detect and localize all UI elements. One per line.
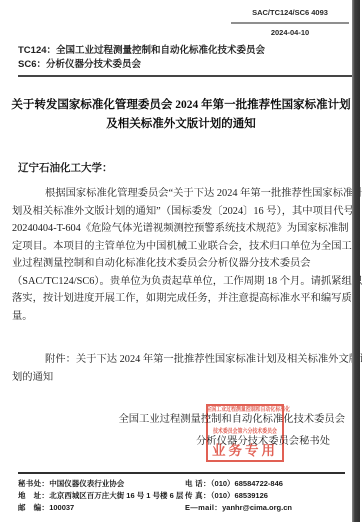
footer-secretariat-row: 秘书处：中国仪器仪表行业协会	[18, 478, 185, 490]
letterhead-rule	[18, 75, 352, 77]
reference-divider	[231, 22, 349, 24]
footer-fax-value: （010）68539126	[211, 491, 268, 500]
reference-block: SAC/TC124/SC6 4093 2024-04-10	[231, 6, 349, 38]
seal-text-line-2: 技术委员会第六分技术委员会	[206, 429, 283, 436]
footer-postcode-row: 邮 编：100037	[18, 502, 185, 514]
footer-fax-row: 传 真：（010）68539126	[185, 490, 345, 502]
footer-email-row: E—mail：yanhr@cima.org.cn	[185, 502, 345, 514]
doc-title-line-1: 关于转发国家标准化管理委员会 2024 年第一批推荐性国家标准计划	[0, 96, 362, 115]
footer: 秘书处：中国仪器仪表行业协会 地 址：北京西城区百万庄大街 16 号 1 号楼 …	[18, 472, 345, 514]
footer-left-column: 秘书处：中国仪器仪表行业协会 地 址：北京西城区百万庄大街 16 号 1 号楼 …	[18, 478, 185, 514]
footer-phone-value: （010）68584722-846	[211, 479, 283, 488]
footer-postcode-label: 邮 编：	[18, 503, 49, 512]
body-line: 划及相关标准外文版计划的通知”（国标委发〔2024〕16 号），其中项目代号	[12, 203, 352, 221]
signature-org-line: 全国工业过程测量控制和自动化标准化技术委员会	[0, 412, 345, 427]
footer-divider	[18, 472, 345, 474]
body-paragraph: 根据国家标准化管理委员会“关于下达 2024 年第一批推荐性国家标准计 划及相关…	[12, 185, 352, 325]
signature-block: 全国工业过程测量控制和自动化标准化技术委员会 分析仪器分技术委员会秘书处	[0, 412, 345, 449]
footer-columns: 秘书处：中国仪器仪表行业协会 地 址：北京西城区百万庄大街 16 号 1 号楼 …	[18, 478, 345, 514]
footer-email-label: E—mail：	[185, 503, 222, 512]
doc-date: 2024-04-10	[231, 27, 349, 38]
doc-title-line-2: 及相关标准外文版计划的通知	[0, 115, 362, 134]
official-seal: 全国工业过程测量控制和自动化标准化 技术委员会第六分技术委员会 业务专用	[206, 404, 284, 462]
footer-postcode-value: 100037	[49, 503, 74, 512]
footer-address-value: 北京西城区百万庄大街 16 号 1 号楼 6 层	[49, 491, 183, 500]
salutation: 辽宁石油化工大学：	[18, 161, 362, 177]
footer-secretariat-label: 秘书处：	[18, 479, 49, 488]
attachment-line: 附件：关于下达 2024 年第一批推荐性国家标准计划及相关标准外文版计	[12, 351, 352, 369]
seal-main-text: 业务专用	[208, 439, 282, 459]
committee-line-sc6: SC6：分析仪器分技术委员会	[18, 58, 352, 72]
body-line: 落实，按计划进度开展工作，如期完成任务，并注意提高标准水平和编写质	[12, 290, 352, 308]
body-line: （SAC/TC124/SC6）。贵单位为负责起草单位，工作周期 18 个月。请抓…	[12, 273, 352, 291]
seal-text-line-1: 全国工业过程测量控制和自动化标准化	[206, 407, 283, 414]
footer-phone-row: 电 话：（010）68584722-846	[185, 478, 345, 490]
document-page: SAC/TC124/SC6 4093 2024-04-10 TC124：全国工业…	[0, 0, 362, 522]
body-line: 业过程测量控制和自动化标准化技术委员会分析仪器分技术委员会	[12, 255, 352, 273]
attachment-note: 附件：关于下达 2024 年第一批推荐性国家标准计划及相关标准外文版计 划的通知	[12, 351, 352, 386]
footer-address-label: 地 址：	[18, 491, 49, 500]
footer-fax-label: 传 真：	[185, 491, 211, 500]
body-line: 量。	[12, 308, 352, 326]
attachment-line: 划的通知	[12, 369, 352, 387]
footer-secretariat-value: 中国仪器仪表行业协会	[49, 479, 124, 488]
committee-line-tc124: TC124：全国工业过程测量控制和自动化标准化技术委员会	[18, 44, 352, 58]
doc-title: 关于转发国家标准化管理委员会 2024 年第一批推荐性国家标准计划 及相关标准外…	[0, 96, 362, 134]
scan-edge-shadow	[352, 0, 360, 522]
footer-phone-label: 电 话：	[185, 479, 211, 488]
footer-email-value: yanhr@cima.org.cn	[222, 503, 292, 512]
body-line: 定项目。本项目的主管单位为中国机械工业联合会，技术归口单位为全国工	[12, 238, 352, 256]
body-line: 根据国家标准化管理委员会“关于下达 2024 年第一批推荐性国家标准计	[12, 185, 352, 203]
body-line: 20240404-T-604《危险气体光谱视频测控预警系统技术规范》为国家标准制	[12, 220, 352, 238]
doc-reference-number: SAC/TC124/SC6 4093	[231, 6, 349, 20]
footer-right-column: 电 话：（010）68584722-846 传 真：（010）68539126 …	[185, 478, 345, 514]
footer-address-row: 地 址：北京西城区百万庄大街 16 号 1 号楼 6 层	[18, 490, 185, 502]
